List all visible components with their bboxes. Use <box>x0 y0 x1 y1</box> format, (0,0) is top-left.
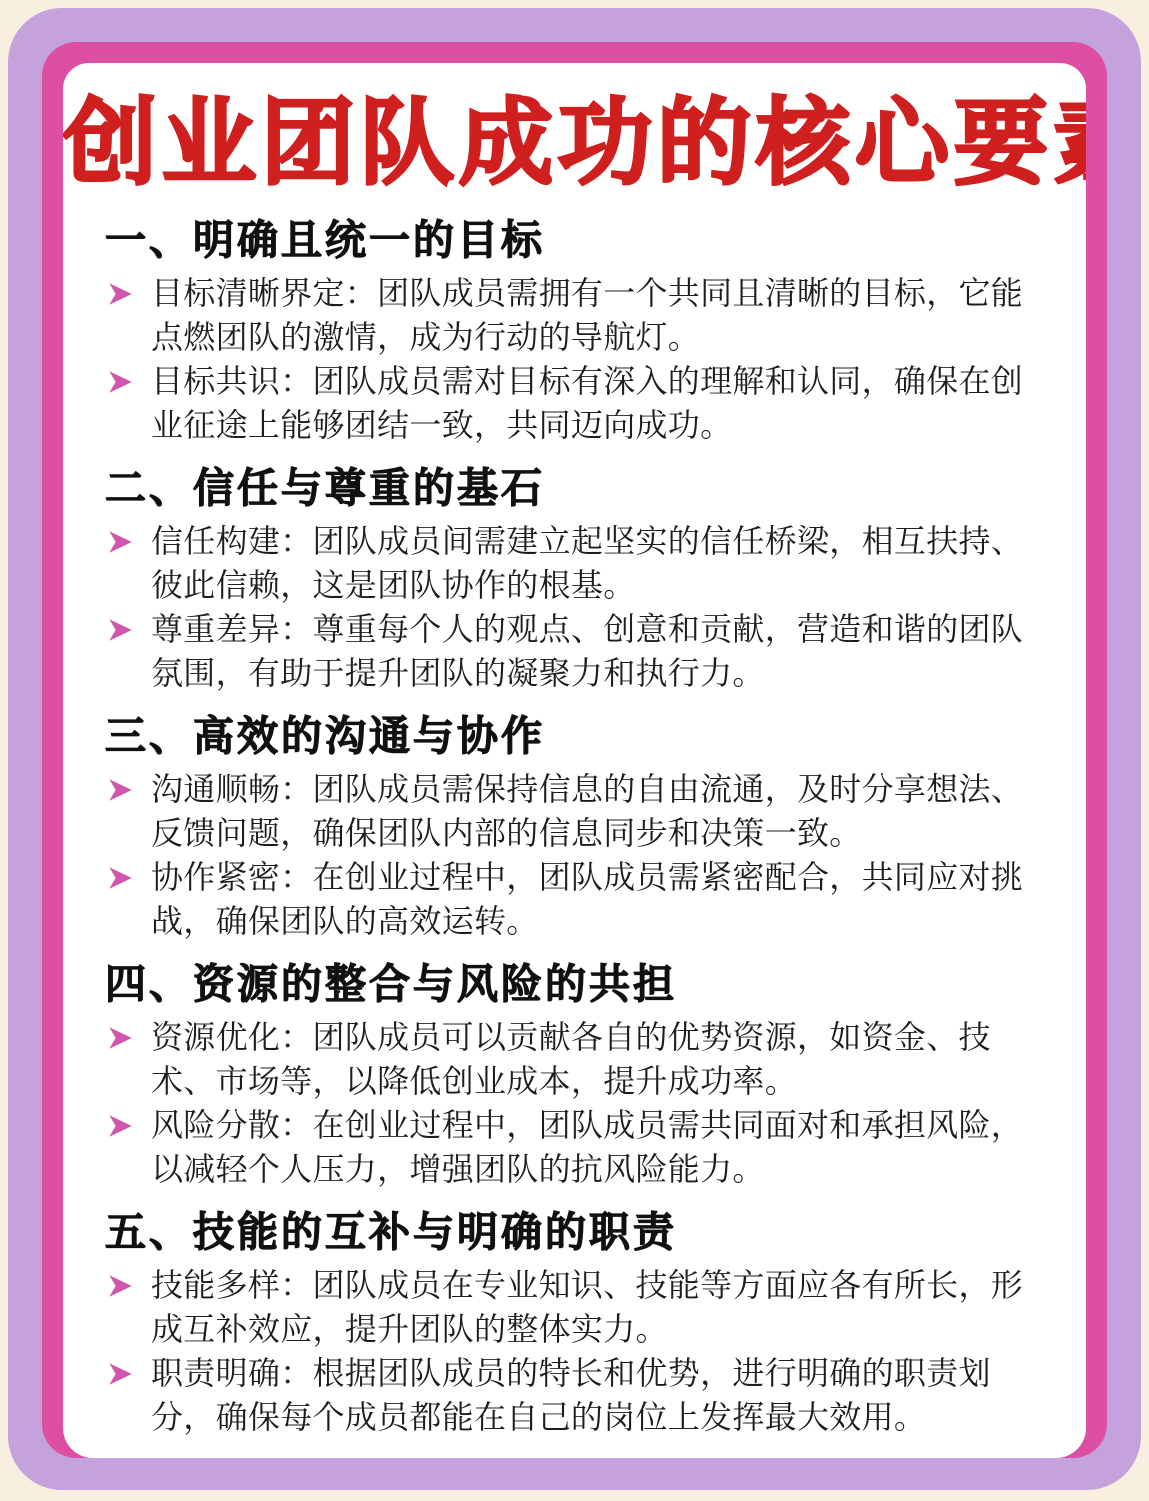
bullet-text: 协作紧密：在创业过程中，团队成员需紧密配合，共同应对挑战，确保团队的高效运转。 <box>151 855 1051 943</box>
bullet-item: 尊重差异：尊重每个人的观点、创意和贡献，营造和谐的团队氛围，有助于提升团队的凝聚… <box>105 607 1051 695</box>
bullet-text: 目标清晰界定：团队成员需拥有一个共同且清晰的目标，它能点燃团队的激情，成为行动的… <box>151 271 1051 359</box>
section-trust: 二、信任与尊重的基石 信任构建：团队成员间需建立起坚实的信任桥梁，相互扶持、彼此… <box>63 463 1086 695</box>
section-heading: 五、技能的互补与明确的职责 <box>105 1207 1051 1257</box>
section-heading: 四、资源的整合与风险的共担 <box>105 959 1051 1009</box>
arrow-bullet-icon <box>105 271 151 308</box>
bullet-item: 目标清晰界定：团队成员需拥有一个共同且清晰的目标，它能点燃团队的激情，成为行动的… <box>105 271 1051 359</box>
bullet-item: 目标共识：团队成员需对目标有深入的理解和认同，确保在创业征途上能够团结一致，共同… <box>105 359 1051 447</box>
outer-frame: 创业团队成功的核心要素 一、明确且统一的目标 目标清晰界定：团队成员需拥有一个共… <box>8 8 1141 1490</box>
bullet-text: 目标共识：团队成员需对目标有深入的理解和认同，确保在创业征途上能够团结一致，共同… <box>151 359 1051 447</box>
section-heading: 一、明确且统一的目标 <box>105 215 1051 265</box>
bullet-text: 尊重差异：尊重每个人的观点、创意和贡献，营造和谐的团队氛围，有助于提升团队的凝聚… <box>151 607 1051 695</box>
arrow-bullet-icon <box>105 1015 151 1052</box>
bullet-text: 职责明确：根据团队成员的特长和优势，进行明确的职责划分，确保每个成员都能在自己的… <box>151 1351 1051 1439</box>
arrow-bullet-icon <box>105 519 151 556</box>
bullet-text: 沟通顺畅：团队成员需保持信息的自由流通，及时分享想法、反馈问题，确保团队内部的信… <box>151 767 1051 855</box>
bullet-text: 技能多样：团队成员在专业知识、技能等方面应各有所长，形成互补效应，提升团队的整体… <box>151 1263 1051 1351</box>
section-communication: 三、高效的沟通与协作 沟通顺畅：团队成员需保持信息的自由流通，及时分享想法、反馈… <box>63 711 1086 943</box>
arrow-bullet-icon <box>105 855 151 892</box>
arrow-bullet-icon <box>105 767 151 804</box>
section-heading: 二、信任与尊重的基石 <box>105 463 1051 513</box>
arrow-bullet-icon <box>105 359 151 396</box>
bullet-text: 风险分散：在创业过程中，团队成员需共同面对和承担风险，以减轻个人压力，增强团队的… <box>151 1103 1051 1191</box>
bullet-text: 资源优化：团队成员可以贡献各自的优势资源，如资金、技术、市场等，以降低创业成本，… <box>151 1015 1051 1103</box>
bullet-item: 信任构建：团队成员间需建立起坚实的信任桥梁，相互扶持、彼此信赖，这是团队协作的根… <box>105 519 1051 607</box>
section-skills: 五、技能的互补与明确的职责 技能多样：团队成员在专业知识、技能等方面应各有所长，… <box>63 1207 1086 1439</box>
section-goal: 一、明确且统一的目标 目标清晰界定：团队成员需拥有一个共同且清晰的目标，它能点燃… <box>63 215 1086 447</box>
content-card: 创业团队成功的核心要素 一、明确且统一的目标 目标清晰界定：团队成员需拥有一个共… <box>63 63 1086 1458</box>
bullet-item: 技能多样：团队成员在专业知识、技能等方面应各有所长，形成互补效应，提升团队的整体… <box>105 1263 1051 1351</box>
arrow-bullet-icon <box>105 607 151 644</box>
bullet-item: 资源优化：团队成员可以贡献各自的优势资源，如资金、技术、市场等，以降低创业成本，… <box>105 1015 1051 1103</box>
section-heading: 三、高效的沟通与协作 <box>105 711 1051 761</box>
page-title: 创业团队成功的核心要素 <box>63 87 1086 199</box>
section-resources: 四、资源的整合与风险的共担 资源优化：团队成员可以贡献各自的优势资源，如资金、技… <box>63 959 1086 1191</box>
arrow-bullet-icon <box>105 1351 151 1388</box>
bullet-item: 职责明确：根据团队成员的特长和优势，进行明确的职责划分，确保每个成员都能在自己的… <box>105 1351 1051 1439</box>
bullet-item: 协作紧密：在创业过程中，团队成员需紧密配合，共同应对挑战，确保团队的高效运转。 <box>105 855 1051 943</box>
bullet-item: 风险分散：在创业过程中，团队成员需共同面对和承担风险，以减轻个人压力，增强团队的… <box>105 1103 1051 1191</box>
arrow-bullet-icon <box>105 1263 151 1300</box>
arrow-bullet-icon <box>105 1103 151 1140</box>
pink-frame: 创业团队成功的核心要素 一、明确且统一的目标 目标清晰界定：团队成员需拥有一个共… <box>42 42 1107 1458</box>
bullet-item: 沟通顺畅：团队成员需保持信息的自由流通，及时分享想法、反馈问题，确保团队内部的信… <box>105 767 1051 855</box>
bullet-text: 信任构建：团队成员间需建立起坚实的信任桥梁，相互扶持、彼此信赖，这是团队协作的根… <box>151 519 1051 607</box>
